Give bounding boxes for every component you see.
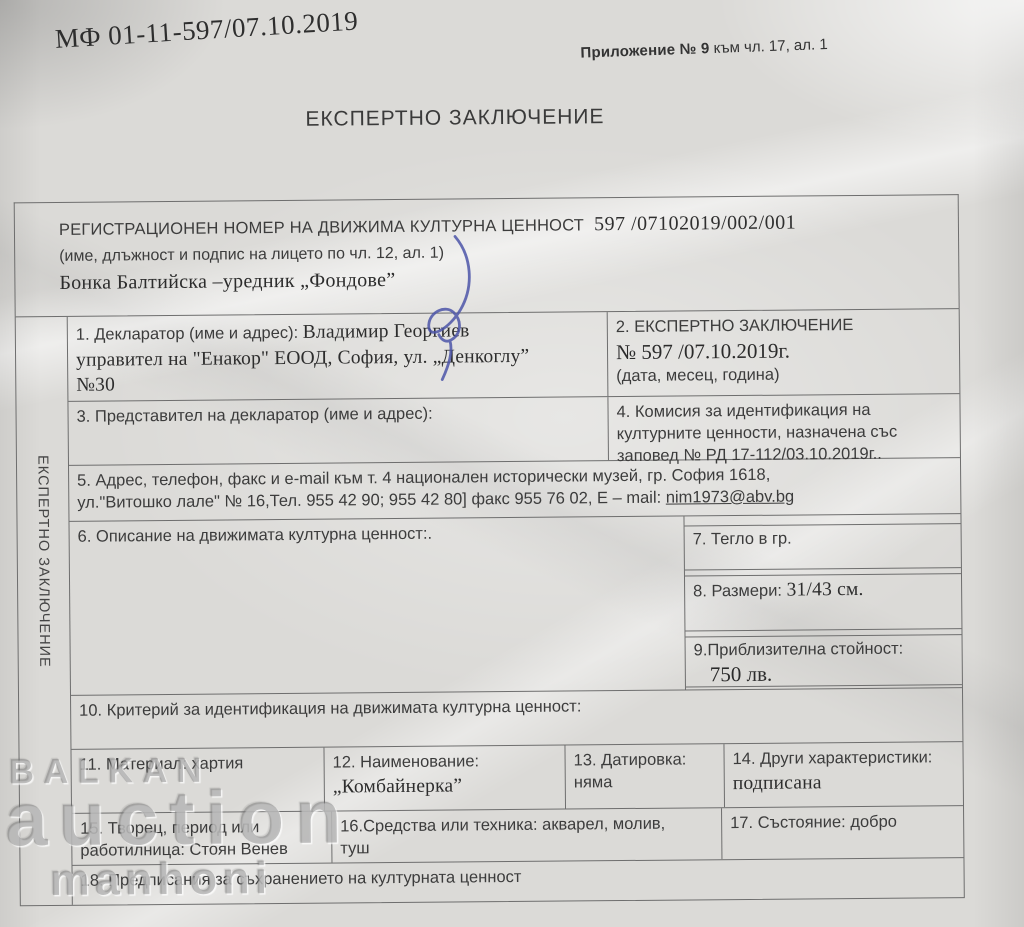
cell-10-criteria: 10. Критерий за идентификация на движима… [71, 688, 962, 749]
expert-conclusion-table: ЕКСПЕРТНО ЗАКЛЮЧЕНИЕ 1. Декларатор (име … [15, 308, 965, 906]
cell-5-email: nim1973@abv.bg [666, 487, 795, 506]
page-title: ЕКСПЕРТНО ЗАКЛЮЧЕНИЕ [0, 102, 913, 134]
scanned-document-sheet: МФ 01-11-597/07.10.2019 Приложение № 9 к… [0, 0, 1024, 927]
cell-12-name: 12. Наименование: „Комбайнерка” [324, 746, 566, 811]
cell-2-expert-conclusion: 2. ЕКСПЕРТНО ЗАКЛЮЧЕНИЕ № 597 /07.10.201… [608, 309, 960, 396]
annex-note: Приложение № 9 към чл. 17, ал. 1 [580, 36, 828, 62]
cell-2-label: 2. ЕКСПЕРТНО ЗАКЛЮЧЕНИЕ [616, 314, 951, 339]
cell-17-condition: 17. Състояние: добро [722, 806, 963, 859]
cell-11-material: 11. Материал: хартия [71, 748, 325, 813]
table-row: 1. Декларатор (име и адрес): Владимир Ге… [68, 309, 960, 402]
cell-1-declarator: 1. Декларатор (име и адрес): Владимир Ге… [68, 312, 609, 401]
cell-16-line2: туш [340, 835, 713, 860]
registration-line: РЕГИСТРАЦИОНЕН НОМЕР НА ДВИЖИМА КУЛТУРНА… [59, 210, 948, 241]
cell-7-weight: 7. Тегло в гр. [685, 523, 961, 570]
registration-label: РЕГИСТРАЦИОНЕН НОМЕР НА ДВИЖИМА КУЛТУРНА… [59, 216, 584, 239]
cell-12-label: 12. Наименование: [333, 751, 557, 775]
vertical-side-label-strip: ЕКСПЕРТНО ЗАКЛЮЧЕНИЕ [16, 317, 73, 905]
cell-16-technique: 16.Средства или техника: акварел, молив,… [332, 808, 722, 862]
cell-9-approx-value: 9.Приблизителна стойност: 750 лв. [686, 634, 962, 687]
table-row: 11. Материал: хартия 12. Наименование: „… [71, 742, 963, 814]
registration-subnote: (име, длъжност и подпис на лицето по чл.… [59, 240, 948, 266]
table-row: 18. Предписания за съхранението на култу… [72, 858, 963, 905]
cell-4-commission: 4. Комисия за идентификация на културнит… [608, 394, 960, 460]
cell-15-line2: работилница: Стоян Венев [80, 838, 323, 862]
cell-8-dimensions: 8. Размери: 31/43 см. [685, 573, 961, 631]
annex-article: към чл. 17, ал. 1 [709, 36, 828, 57]
cell-13-label: 13. Датировка: [574, 749, 716, 772]
cell-15-line1: 15. Творец, период или [80, 817, 323, 841]
cell-14-other-characteristics: 14. Други характеристики: подписана [724, 742, 963, 807]
registration-person: Бонка Балтийска –уредник „Фондове” [59, 264, 948, 295]
cell-6-description: 6. Описание на движимата културна ценнос… [69, 516, 685, 694]
cell-9-label: 9.Приблизителна стойност: [694, 639, 954, 660]
registration-number: 597 /07102019/002/001 [594, 212, 796, 236]
table-row: 5. Адрес, телефон, факс и e-mail към т. … [69, 458, 960, 522]
cell-14-label: 14. Други характеристики: [733, 747, 955, 771]
cell-13-value: няма [574, 771, 716, 794]
cell-16-line1: 16.Средства или техника: акварел, молив, [340, 813, 713, 838]
cell-8-label: 8. Размери: [693, 582, 782, 601]
cell-14-value: подписана [733, 769, 955, 797]
cell-9-value: 750 лв. [694, 660, 954, 687]
registration-box: РЕГИСТРАЦИОНЕН НОМЕР НА ДВИЖИМА КУЛТУРНА… [14, 194, 960, 316]
table-row: 10. Критерий за идентификация на движима… [71, 688, 962, 750]
cell-13-dating: 13. Датировка: няма [565, 744, 725, 808]
table-row: 15. Творец, период или работилница: Стоя… [72, 806, 963, 866]
cell-5-line1: 5. Адрес, телефон, факс и e-mail към т. … [77, 463, 952, 492]
cell-1-label: 1. Декларатор (име и адрес): [76, 324, 298, 344]
cell-1-value-address: управител на "Енакор" ЕООД, София, ул. „… [76, 343, 599, 373]
table-row: 6. Описание на движимата културна ценнос… [69, 514, 961, 696]
cell-3-representative: 3. Представител на декларатор (име и адр… [68, 397, 609, 465]
cell-7-8-9-stack: 7. Тегло в гр. 8. Размери: 31/43 см. 9.П… [684, 514, 961, 689]
signature-stroke [419, 233, 482, 384]
cell-12-value: „Комбайнерка” [333, 772, 557, 800]
table-grid: 1. Декларатор (име и адрес): Владимир Ге… [68, 309, 964, 905]
cell-18-storage-prescriptions: 18. Предписания за съхранението на култу… [72, 858, 963, 905]
cell-15-creator: 15. Творец, период или работилница: Стоя… [72, 812, 332, 865]
cell-5-address: 5. Адрес, телефон, факс и e-mail към т. … [69, 458, 960, 521]
vertical-side-label: ЕКСПЕРТНО ЗАКЛЮЧЕНИЕ [33, 317, 54, 905]
cell-2-date-note: (дата, месец, година) [616, 364, 951, 389]
cell-1-value-number: №30 [76, 369, 599, 399]
cell-2-number-date: № 597 /07.10.2019г. [616, 336, 951, 367]
cell-5-line2: ул."Витошко лале" № 16,Тел. 955 42 90; 9… [77, 488, 666, 511]
cell-8-value: 31/43 см. [786, 579, 863, 601]
doc-number: МФ 01-11-597/07.10.2019 [54, 5, 359, 54]
table-row: 3. Представител на декларатор (име и адр… [68, 394, 960, 466]
annex-number: Приложение № 9 [580, 40, 710, 61]
